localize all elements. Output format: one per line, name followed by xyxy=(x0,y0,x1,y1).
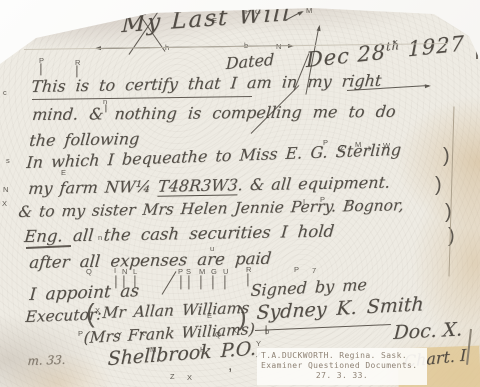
examiner-ink-stroke xyxy=(106,104,107,112)
arrowhead xyxy=(316,24,321,31)
examiner-mark: E xyxy=(207,312,212,320)
photo-of-handwritten-will: T.A.DUCKWORTH. Regina. Sask. Examiner Qu… xyxy=(0,0,480,387)
stamp-examiner-title: Examiner Questioned Documents. xyxy=(261,361,423,371)
will-line: mind. & nothing is compelling me to do xyxy=(31,104,396,123)
examiner-mark: , xyxy=(228,358,232,374)
will-title: My Last Will xyxy=(121,2,292,37)
will-line: Eng. all the cash securities I hold xyxy=(24,224,335,246)
examiner-ink-stroke xyxy=(476,4,478,59)
examiner-mark: P xyxy=(323,139,328,147)
examiner-mark: M xyxy=(306,7,312,15)
examiner-mark: G xyxy=(255,8,261,16)
examiner-mark: R xyxy=(246,266,251,274)
examiner-mark: r xyxy=(348,199,351,207)
examiner-mark: H xyxy=(200,346,205,354)
examiner-ink-stroke xyxy=(255,324,391,331)
examiner-mark: M xyxy=(150,346,156,354)
examiner-stamp: T.A.DUCKWORTH. Regina. Sask. Examiner Qu… xyxy=(257,348,427,385)
examiner-mark: N xyxy=(3,186,8,194)
examiner-mark: M xyxy=(199,268,205,276)
examiner-ink-stroke xyxy=(248,273,249,286)
stamp-date: 27. 3. 33. xyxy=(261,371,423,381)
examiner-mark: Q xyxy=(215,331,221,339)
margin-note: m. 33. xyxy=(27,354,66,367)
examiner-mark: Z xyxy=(340,144,345,152)
doc-exhibit-label: Doc. X. xyxy=(393,320,463,343)
will-date: Dec 28th 1927 xyxy=(306,33,465,71)
will-paper: T.A.DUCKWORTH. Regina. Sask. Examiner Qu… xyxy=(0,0,480,387)
arrowhead xyxy=(425,83,431,87)
examiner-mark: Q xyxy=(86,268,92,276)
examiner-ink-stroke xyxy=(266,325,267,334)
examiner-mark: E xyxy=(61,169,66,177)
examiner-ink-stroke xyxy=(77,65,78,77)
will-line: after all expenses are paid xyxy=(29,251,272,272)
examiner-mark: ) xyxy=(443,146,450,166)
examiner-mark: K xyxy=(140,330,145,338)
examiner-ink-stroke xyxy=(213,275,214,289)
examiner-mark: Y xyxy=(117,331,122,339)
examiner-mark: u xyxy=(210,245,214,253)
examiner-mark: 7 xyxy=(312,267,316,275)
stamp-examiner-name: T.A.DUCKWORTH. Regina. Sask. xyxy=(261,351,423,361)
arrowhead xyxy=(298,9,305,15)
examiner-ink-stroke xyxy=(201,275,202,289)
examiner-mark: E xyxy=(212,17,217,25)
examiner-ink-stroke xyxy=(41,63,42,75)
will-text-part: 1927 xyxy=(400,31,465,62)
examiner-mark: N xyxy=(276,43,281,51)
examiner-mark: L xyxy=(133,268,137,276)
examiner-mark: I xyxy=(114,267,116,275)
examiner-mark: n xyxy=(98,234,102,242)
will-text-part: . & all equipment. xyxy=(237,173,391,195)
examiner-ink-stroke xyxy=(124,275,125,288)
examiner-ink-stroke xyxy=(135,275,136,288)
executor-name: Mr Allan Williams xyxy=(102,301,250,322)
examiner-mark: P xyxy=(178,268,183,276)
examiner-mark: ( xyxy=(86,300,95,326)
will-line: & to my sister Mrs Helen Jennie Perry. B… xyxy=(18,198,405,220)
examiner-mark: X xyxy=(95,307,100,315)
examiner-mark: J xyxy=(146,5,150,13)
examiner-mark: Z xyxy=(170,373,175,381)
examiner-mark: P xyxy=(78,330,83,338)
examiner-mark: I xyxy=(303,198,305,206)
examiner-mark: S xyxy=(186,268,191,276)
examiner-mark: X xyxy=(187,374,192,382)
examiner-ink-stroke xyxy=(449,106,455,276)
will-text-part: my farm NW¼ xyxy=(28,177,159,198)
examiner-mark: P xyxy=(320,196,325,204)
examiner-mark: ) xyxy=(435,175,442,195)
signed-by-me: Signed by me xyxy=(250,277,367,299)
will-text-part: T48R3W3 xyxy=(157,175,239,196)
examiner-ink-stroke xyxy=(162,271,177,295)
examiner-mark: X xyxy=(2,200,7,208)
examiner-ink-stroke xyxy=(225,275,226,289)
examiner-mark: W xyxy=(383,142,390,150)
will-line: my farm NW¼ T48R3W3. & all equipment. xyxy=(28,175,391,197)
dated-label: Dated xyxy=(226,52,275,72)
examiner-mark: P xyxy=(245,8,250,16)
examiner-mark: c xyxy=(3,89,7,97)
examiner-mark: ) xyxy=(238,303,247,329)
examiner-mark: P xyxy=(294,266,299,274)
examiner-mark: M xyxy=(355,141,361,149)
will-line: the following xyxy=(29,131,140,149)
examiner-mark: Y xyxy=(256,340,261,348)
examiner-mark: G xyxy=(211,268,217,276)
examiner-mark: X xyxy=(232,327,237,335)
examiner-ink-stroke xyxy=(116,275,117,288)
examiner-ink-stroke xyxy=(32,96,252,100)
examiner-mark: N xyxy=(122,268,127,276)
examiner-mark: U xyxy=(223,268,228,276)
signature: Sydney K. Smith xyxy=(256,295,424,323)
examiner-mark: s xyxy=(6,157,10,165)
examiner-mark: I xyxy=(368,145,370,153)
examiner-ink-stroke xyxy=(189,275,190,289)
will-line: This is to certify that I am in my right xyxy=(31,73,383,95)
arrowhead xyxy=(157,5,164,12)
examiner-ink-stroke xyxy=(181,275,182,289)
